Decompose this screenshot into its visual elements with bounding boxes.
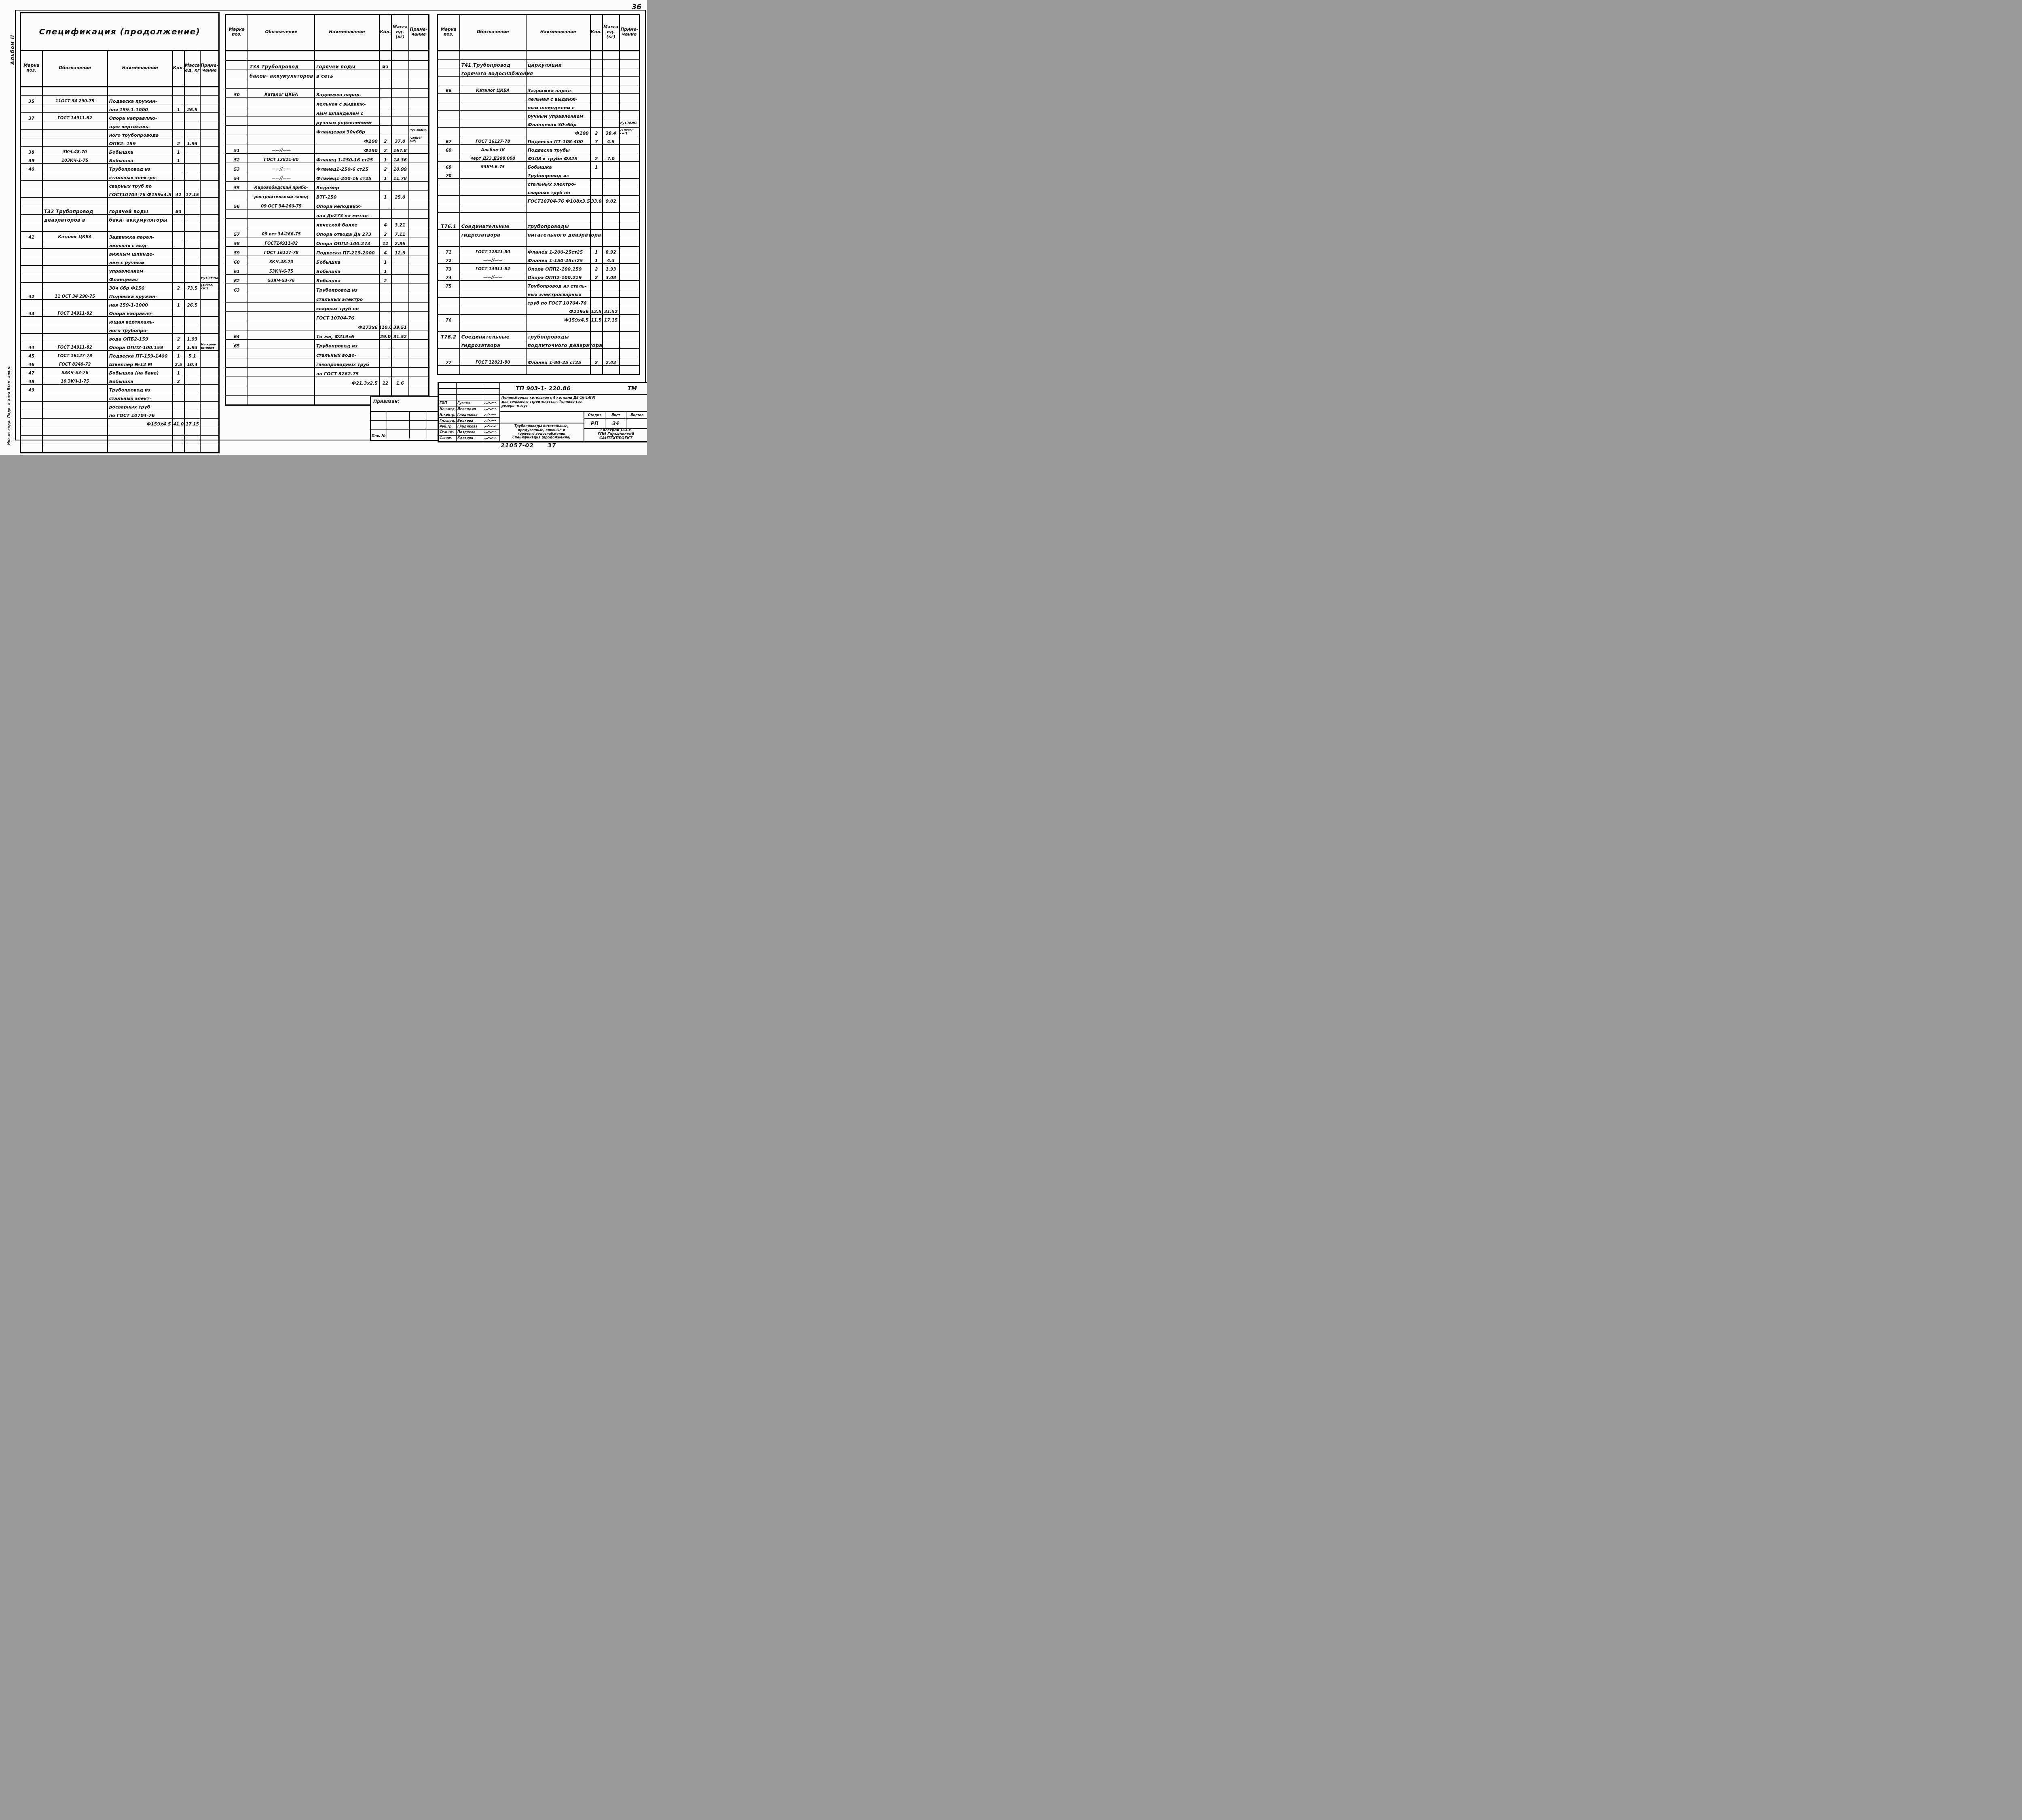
spec-cell-o: ГОСТ 14911-82 bbox=[460, 264, 527, 272]
spec-cell-k: 1 bbox=[591, 247, 603, 255]
spec-cell-e bbox=[185, 385, 201, 393]
spec-cell-m: 53 bbox=[226, 163, 248, 172]
spec-cell-k: 1 bbox=[173, 368, 185, 376]
spec-cell-m: 62 bbox=[226, 275, 248, 284]
document-mark: ТМ bbox=[628, 385, 637, 392]
spec-cell-m: 77 bbox=[438, 357, 460, 365]
spec-cell-o: Соединительные bbox=[460, 221, 527, 229]
blank-cell bbox=[499, 412, 584, 423]
spec-cell-o: 53КЧ-53-76 bbox=[43, 368, 108, 376]
spec-cell-e bbox=[185, 113, 201, 121]
spec-cell-e bbox=[392, 340, 409, 349]
spec-cell-m bbox=[21, 427, 43, 435]
spec-cell-e: 17.15 bbox=[185, 419, 201, 427]
spec-cell-n: ГОСТ 10704-76 bbox=[315, 312, 380, 321]
spec-row: вижным шпинде- bbox=[21, 249, 218, 257]
spec-cell-p bbox=[201, 393, 218, 401]
spec-cell-e: 167.8 bbox=[392, 144, 409, 153]
footer-sheet-number: 37 bbox=[548, 442, 556, 449]
spec-row: 49Трубопровод из bbox=[21, 385, 218, 393]
spec-cell-m: 46 bbox=[21, 359, 43, 367]
spec-cell-k bbox=[173, 130, 185, 138]
spec-cell-p bbox=[201, 198, 218, 206]
signature-name: Клезина bbox=[457, 436, 483, 441]
spec-cell-k bbox=[380, 284, 392, 293]
spec-cell-e: 1.6 bbox=[392, 377, 409, 386]
spec-cell-o bbox=[43, 427, 108, 435]
spec-row bbox=[438, 204, 639, 213]
spec-cell-m bbox=[226, 349, 248, 358]
spec-cell-m bbox=[438, 111, 460, 119]
spec-cell-n: Фланцевая 30ч6бр bbox=[527, 119, 591, 127]
spec-cell-o: ГОСТ 16127-78 bbox=[248, 247, 315, 256]
spec-cell-n: Подвеска ПТ-159-1400 bbox=[108, 351, 173, 359]
spec-cell-m bbox=[21, 300, 43, 308]
stage-label: Стадия bbox=[584, 412, 605, 419]
spec-cell-p bbox=[620, 60, 639, 68]
spec-cell-p bbox=[620, 255, 639, 263]
spec-cell-k bbox=[591, 281, 603, 289]
spec-cell-n: стальных элект- bbox=[108, 393, 173, 401]
spec-cell-k: 1 bbox=[173, 351, 185, 359]
spec-cell-m bbox=[21, 240, 43, 248]
signature-row: Ст.инж.Поздеева bbox=[439, 430, 499, 435]
spec-cell-m: 61 bbox=[226, 265, 248, 274]
spec-cell-o: ГОСТ 16127-78 bbox=[460, 136, 527, 144]
spec-cell-p bbox=[201, 266, 218, 274]
spec-row: стальных электро- bbox=[21, 172, 218, 181]
signature-icon bbox=[483, 418, 499, 423]
signature-name: Гладикова bbox=[457, 412, 483, 417]
spec-cell-k bbox=[173, 402, 185, 410]
spec-row: сварных труб по bbox=[21, 181, 218, 189]
spec-cell-n: трубопроводы bbox=[527, 332, 591, 340]
spec-cell-e bbox=[185, 130, 201, 138]
signature-role: Нач.отд. bbox=[439, 406, 457, 412]
spec-cell-o bbox=[460, 102, 527, 110]
spec-cell-e: 5.1 bbox=[185, 351, 201, 359]
spec-cell-m: 49 bbox=[21, 385, 43, 393]
spec-row: сварных труб по bbox=[226, 303, 428, 312]
spec-row: 3910ЗКЧ-1-75Бобышка1 bbox=[21, 155, 218, 164]
spec-cell-k bbox=[173, 325, 185, 333]
col-header-mass: Масса ед. (кг) bbox=[392, 15, 409, 50]
spec-cell-o: ЗКЧ-48-70 bbox=[43, 147, 108, 155]
spec-cell-e: 8.92 bbox=[603, 247, 620, 255]
spec-cell-o bbox=[43, 104, 108, 112]
spec-cell-e bbox=[392, 303, 409, 311]
spec-cell-o bbox=[460, 213, 527, 221]
spec-cell-p bbox=[620, 136, 639, 144]
spec-cell-e bbox=[603, 119, 620, 127]
spec-cell-o: ——//—— bbox=[248, 144, 315, 153]
spec-cell-m bbox=[21, 206, 43, 214]
spec-cell-n: Бобышка bbox=[315, 256, 380, 265]
spec-cell-k bbox=[591, 60, 603, 68]
spec-cell-m bbox=[21, 223, 43, 231]
spec-cell-k bbox=[380, 89, 392, 97]
spec-cell-e: 14.36 bbox=[392, 154, 409, 163]
spec-cell-e bbox=[392, 126, 409, 135]
spec-cell-k bbox=[380, 210, 392, 218]
spec-cell-m bbox=[438, 238, 460, 246]
spec-row: Т32 Трубопроводгорячей водыиз bbox=[21, 206, 218, 215]
page-number: 36 bbox=[632, 3, 641, 11]
spec-cell-e: 31.52 bbox=[603, 306, 620, 314]
spec-row: Т41 Трубопроводциркуляции bbox=[438, 60, 639, 68]
spec-cell-k bbox=[173, 393, 185, 401]
spec-cell-e bbox=[185, 308, 201, 316]
spec-cell-n: Бобышка bbox=[108, 376, 173, 384]
spec-cell-e: 37.0 bbox=[392, 135, 409, 144]
table-header: Марка поз. Обозначение Наименование Кол.… bbox=[438, 15, 639, 51]
spec-cell-k bbox=[380, 303, 392, 311]
attached-label: Привязан: bbox=[371, 397, 438, 412]
spec-cell-p bbox=[620, 153, 639, 161]
title-block: ГИПГусеваНач.отд.ЛепендинН.контр.Гладико… bbox=[438, 382, 647, 442]
spec-cell-o: Соединительные bbox=[460, 332, 527, 340]
spec-row bbox=[226, 51, 428, 61]
spec-cell-n: Задвижка парал- bbox=[108, 232, 173, 240]
side-label-frame-fields: Инв.№ подл. Подп. и дата Взам. инв.№ bbox=[7, 365, 11, 445]
spec-cell-e bbox=[603, 111, 620, 119]
col-header-note: Приме- чание bbox=[409, 15, 429, 50]
spec-cell-p bbox=[409, 219, 429, 228]
spec-cell-m: 42 bbox=[21, 291, 43, 299]
spec-cell-o: Каталог ЦКБА bbox=[248, 89, 315, 97]
spec-cell-o: баков- аккумуляторов bbox=[248, 70, 315, 79]
spec-cell-k: 42 bbox=[173, 189, 185, 197]
spec-cell-m bbox=[21, 274, 43, 282]
col-header-mark: Марка поз. bbox=[226, 15, 248, 50]
spec-cell-p bbox=[620, 85, 639, 93]
signature-icon bbox=[483, 436, 499, 441]
spec-cell-e: 73.5 bbox=[185, 283, 201, 291]
spec-cell-m: 55 bbox=[226, 182, 248, 190]
spec-cell-p bbox=[409, 89, 429, 97]
spec-cell-e bbox=[392, 368, 409, 377]
spec-row: вода ОПБ2-15921.93 bbox=[21, 334, 218, 342]
spec-cell-k: 12 bbox=[380, 377, 392, 386]
spec-cell-n: лической балке bbox=[315, 219, 380, 228]
spec-cell-p bbox=[620, 289, 639, 297]
table-body: Т33 Трубопроводгорячей водыизбаков- акку… bbox=[226, 51, 428, 404]
spec-cell-o bbox=[460, 315, 527, 323]
spec-cell-n: Задвижка парал- bbox=[527, 85, 591, 93]
spec-cell-n: ГОСТ10704-76 Ф159х4.5 bbox=[108, 189, 173, 197]
spec-cell-k: 1 bbox=[380, 256, 392, 265]
spec-cell-e bbox=[185, 121, 201, 129]
spec-cell-p bbox=[409, 144, 429, 153]
spec-cell-p: Ру1.0МПа bbox=[201, 274, 218, 282]
spec-cell-o bbox=[460, 323, 527, 331]
spec-cell-n: питательного деаэратора bbox=[527, 230, 591, 238]
spec-cell-e bbox=[603, 162, 620, 170]
attachment-grid: Инв. № bbox=[371, 412, 438, 438]
spec-cell-n: горячей воды bbox=[108, 206, 173, 214]
spec-cell-e: 10.4 bbox=[185, 359, 201, 367]
spec-cell-e: 10.99 bbox=[392, 163, 409, 172]
spec-cell-n: ного трубопро- bbox=[108, 325, 173, 333]
spec-cell-n: Трубопровод из bbox=[527, 170, 591, 178]
spec-cell-n: ная 159-1-1000 bbox=[108, 300, 173, 308]
spec-cell-e bbox=[603, 221, 620, 229]
spec-cell-m: 44 bbox=[21, 342, 43, 350]
spec-cell-n: То же, Ф219х6 bbox=[315, 330, 380, 339]
spec-cell-n: Фланцевая bbox=[108, 274, 173, 282]
spec-cell-e bbox=[392, 200, 409, 209]
spec-cell-o bbox=[248, 126, 315, 135]
spec-cell-e: 7.11 bbox=[392, 228, 409, 237]
project-description: Полносборная котельная с 4 котлами ДЕ-16… bbox=[499, 395, 647, 412]
grid-cell bbox=[427, 430, 438, 438]
spec-cell-n: Ф219х6 bbox=[527, 306, 591, 314]
spec-cell-o bbox=[460, 238, 527, 246]
spec-row: Фланцевая 30ч6брРу1.0МПа bbox=[226, 126, 428, 135]
spec-cell-o: 09 ОСТ 34-260-75 bbox=[248, 200, 315, 209]
spec-cell-o: ГОСТ 14911-82 bbox=[43, 308, 108, 316]
spec-cell-n bbox=[527, 68, 591, 76]
spec-cell-k: 1 bbox=[173, 300, 185, 308]
inventory-number-label: Инв. № bbox=[371, 430, 387, 438]
spec-cell-k: из bbox=[380, 61, 392, 70]
spec-cell-m bbox=[21, 181, 43, 189]
sheets-value bbox=[626, 419, 647, 428]
spec-cell-n: по ГОСТ 10704-76 bbox=[108, 410, 173, 418]
spec-row: 50Каталог ЦКБАЗадвижка парал- bbox=[226, 89, 428, 98]
signature-row: С.инж.Клезина bbox=[439, 436, 499, 441]
spec-cell-p bbox=[201, 138, 218, 146]
spec-cell-o: 10ЗКЧ-1-75 bbox=[43, 155, 108, 163]
signature-role bbox=[439, 389, 457, 394]
spec-cell-e bbox=[603, 170, 620, 178]
spec-cell-o bbox=[460, 170, 527, 178]
spec-row: стальных элект- bbox=[21, 393, 218, 402]
spec-cell-m: 35 bbox=[21, 96, 43, 104]
spec-cell-k bbox=[173, 427, 185, 435]
signature-name: Гусева bbox=[457, 400, 483, 406]
spec-row: 76Ф159х4.511.517.15 bbox=[438, 315, 639, 323]
spec-cell-k: 1 bbox=[173, 104, 185, 112]
col-header-mass: Масса ед. (кг) bbox=[603, 15, 620, 50]
spec-cell-k: 2.5 bbox=[173, 359, 185, 367]
spec-cell-k bbox=[173, 410, 185, 418]
spec-cell-o bbox=[460, 281, 527, 289]
spec-cell-n: Трубопровод из bbox=[108, 385, 173, 393]
spec-cell-e bbox=[603, 179, 620, 187]
spec-cell-n: стальных электро- bbox=[527, 179, 591, 187]
spec-cell-o bbox=[43, 274, 108, 282]
signature-role bbox=[439, 383, 457, 388]
spec-cell-e bbox=[603, 340, 620, 348]
table-body: 3511ОСТ 34 290-75Подвеска пружин-ная 159… bbox=[21, 87, 218, 452]
spec-cell-n: Подвеска пружин- bbox=[108, 96, 173, 104]
spec-cell-e bbox=[185, 436, 201, 444]
spec-cell-o bbox=[248, 98, 315, 107]
spec-cell-e bbox=[185, 172, 201, 180]
spec-cell-p: Ру1.0МПа bbox=[409, 126, 429, 135]
spec-cell-k: 1 bbox=[380, 191, 392, 200]
spec-cell-k bbox=[173, 249, 185, 257]
spec-cell-e bbox=[603, 366, 620, 374]
spec-cell-p bbox=[201, 427, 218, 435]
spec-cell-e: 17.15 bbox=[185, 189, 201, 197]
spec-cell-n: сварных труб по bbox=[527, 187, 591, 195]
spec-cell-o: ЗКЧ-48-70 bbox=[248, 256, 315, 265]
spec-cell-p bbox=[201, 359, 218, 367]
spec-cell-m bbox=[226, 98, 248, 107]
spec-cell-o: Т41 Трубопровод bbox=[460, 60, 527, 68]
spec-cell-m: 66 bbox=[438, 85, 460, 93]
spec-cell-n: Подвеска трубы bbox=[527, 145, 591, 153]
spec-cell-p bbox=[620, 247, 639, 255]
spec-row: 73ГОСТ 14911-82Опора ОПП2-100.15921.93 bbox=[438, 264, 639, 272]
spec-cell-o: ——//—— bbox=[248, 172, 315, 181]
spec-cell-n: Подвеска ПТ-108-400 bbox=[527, 136, 591, 144]
stage-grid: Стадия Лист Листов РП 34 bbox=[584, 412, 647, 429]
spec-cell-m bbox=[226, 396, 248, 404]
spec-cell-o: гидрозатвора bbox=[460, 340, 527, 348]
spec-cell-n: Ф21.3х2.5 bbox=[315, 377, 380, 386]
spec-cell-n: Опора направляю- bbox=[108, 113, 173, 121]
spec-row: 63Трубопровод из bbox=[226, 284, 428, 293]
spec-cell-p bbox=[620, 94, 639, 102]
spec-row: 71ГОСТ 12821-80Фланец 1-200-25ст2518.92 bbox=[438, 247, 639, 255]
spec-cell-e: 9.02 bbox=[603, 196, 620, 204]
spec-cell-n: Опора отвода Дн 273 bbox=[315, 228, 380, 237]
spec-cell-n: Ф273х6 bbox=[315, 321, 380, 330]
spec-cell-e: 25.0 bbox=[392, 191, 409, 200]
spec-cell-o: черт Д23.Д298.000 bbox=[460, 153, 527, 161]
spec-cell-n: в сеть bbox=[315, 70, 380, 79]
document-code: ТП 903-1- 220.86 bbox=[516, 385, 571, 392]
spec-cell-m bbox=[438, 366, 460, 374]
spec-row: 3511ОСТ 34 290-75Подвеска пружин- bbox=[21, 96, 218, 104]
spec-cell-e bbox=[603, 77, 620, 85]
spec-cell-n: ным шпинделем с bbox=[527, 102, 591, 110]
spec-cell-k: 11.5 bbox=[591, 315, 603, 323]
spec-row: ющая вертикаль- bbox=[21, 317, 218, 325]
spec-cell-o bbox=[460, 196, 527, 204]
spec-cell-m bbox=[21, 393, 43, 401]
spec-cell-o bbox=[460, 119, 527, 127]
spec-row bbox=[226, 79, 428, 89]
spec-cell-n: стальных водо- bbox=[315, 349, 380, 358]
spec-cell-m bbox=[226, 303, 248, 311]
spec-cell-p bbox=[201, 376, 218, 384]
spec-cell-e bbox=[603, 230, 620, 238]
spec-cell-m bbox=[21, 325, 43, 333]
spec-cell-n: газопроводных труб bbox=[315, 358, 380, 367]
spec-cell-p bbox=[201, 419, 218, 427]
spec-cell-m bbox=[438, 340, 460, 348]
spec-cell-p bbox=[201, 121, 218, 129]
spec-cell-o bbox=[248, 284, 315, 293]
spec-cell-m: 50 bbox=[226, 89, 248, 97]
spec-cell-m bbox=[438, 289, 460, 297]
spec-cell-o bbox=[43, 283, 108, 291]
col-header-note: Приме- чание bbox=[201, 51, 218, 86]
spec-cell-e bbox=[185, 215, 201, 223]
spec-cell-m bbox=[226, 135, 248, 144]
signature-name bbox=[457, 389, 483, 394]
spec-row: черт Д23.Д298.000Ф108 к трубе Ф32527.0 bbox=[438, 153, 639, 162]
spec-cell-o bbox=[43, 121, 108, 129]
spec-cell-o: ГОСТ 12821-80 bbox=[248, 154, 315, 163]
spec-cell-o: ГОСТ 14911-82 bbox=[43, 342, 108, 350]
spec-row: 5609 ОСТ 34-260-75Опора неподвиж- bbox=[226, 200, 428, 210]
spec-cell-o bbox=[460, 94, 527, 102]
spec-cell-o bbox=[43, 419, 108, 427]
spec-cell-m bbox=[21, 172, 43, 180]
spec-cell-e: 1.93 bbox=[603, 264, 620, 272]
spec-cell-k bbox=[173, 164, 185, 172]
spec-cell-n: Ф250 bbox=[315, 144, 380, 153]
spec-cell-m: 60 bbox=[226, 256, 248, 265]
spec-row: Т33 Трубопроводгорячей водыиз bbox=[226, 61, 428, 70]
sheets-label: Листов bbox=[626, 412, 647, 419]
spec-cell-n bbox=[527, 349, 591, 357]
spec-cell-e bbox=[185, 427, 201, 435]
spec-cell-m: 48 bbox=[21, 376, 43, 384]
spec-cell-p bbox=[620, 77, 639, 85]
table-header: Марка поз. Обозначение Наименование Кол.… bbox=[226, 15, 428, 51]
spec-cell-k bbox=[591, 119, 603, 127]
spec-cell-m bbox=[438, 179, 460, 187]
spec-cell-m bbox=[226, 70, 248, 79]
spec-cell-m bbox=[438, 153, 460, 161]
spec-cell-p: Ру1.0МПа bbox=[620, 119, 639, 127]
spec-row: лельная с выд- bbox=[21, 240, 218, 249]
col-header-designation: Обозначение bbox=[460, 15, 527, 50]
grid-cell bbox=[387, 412, 410, 421]
spec-cell-e bbox=[603, 51, 620, 59]
spec-row: росварных труб bbox=[21, 402, 218, 410]
spec-cell-o bbox=[43, 198, 108, 206]
signature-role: ГИП bbox=[439, 400, 457, 406]
spec-cell-e: 2.86 bbox=[392, 237, 409, 246]
spec-cell-o bbox=[460, 187, 527, 195]
spec-row: ного трубопро- bbox=[21, 325, 218, 334]
spec-row: стальных электро bbox=[226, 293, 428, 303]
spec-cell-o: ГОСТ 12821-80 bbox=[460, 357, 527, 365]
spec-cell-o bbox=[248, 349, 315, 358]
spec-cell-m: 47 bbox=[21, 368, 43, 376]
spec-cell-e bbox=[392, 284, 409, 293]
spec-cell-p bbox=[620, 187, 639, 195]
spec-cell-p bbox=[409, 368, 429, 377]
spec-cell-p bbox=[409, 386, 429, 395]
spec-cell-p bbox=[201, 104, 218, 112]
spec-cell-n: ная Дн273 на метал- bbox=[315, 210, 380, 218]
spec-cell-o bbox=[248, 303, 315, 311]
spec-cell-e bbox=[392, 116, 409, 125]
spec-cell-p bbox=[201, 410, 218, 418]
spec-cell-n: Водомер bbox=[315, 182, 380, 190]
spec-cell-p bbox=[201, 232, 218, 240]
spec-row: 41Каталог ЦКБАЗадвижка парал- bbox=[21, 232, 218, 240]
signature-name: Волкова bbox=[457, 418, 483, 423]
spec-cell-e bbox=[185, 232, 201, 240]
spec-cell-e: 39.51 bbox=[392, 321, 409, 330]
signature-icon bbox=[483, 383, 499, 388]
spec-cell-e: 1.93 bbox=[185, 138, 201, 146]
spec-cell-n: Бобышка bbox=[108, 155, 173, 163]
spec-cell-p bbox=[409, 340, 429, 349]
spec-cell-k bbox=[173, 274, 185, 282]
spec-cell-o bbox=[43, 249, 108, 257]
spec-row: 4753КЧ-53-76Бобышка (на баке)1 bbox=[21, 368, 218, 376]
